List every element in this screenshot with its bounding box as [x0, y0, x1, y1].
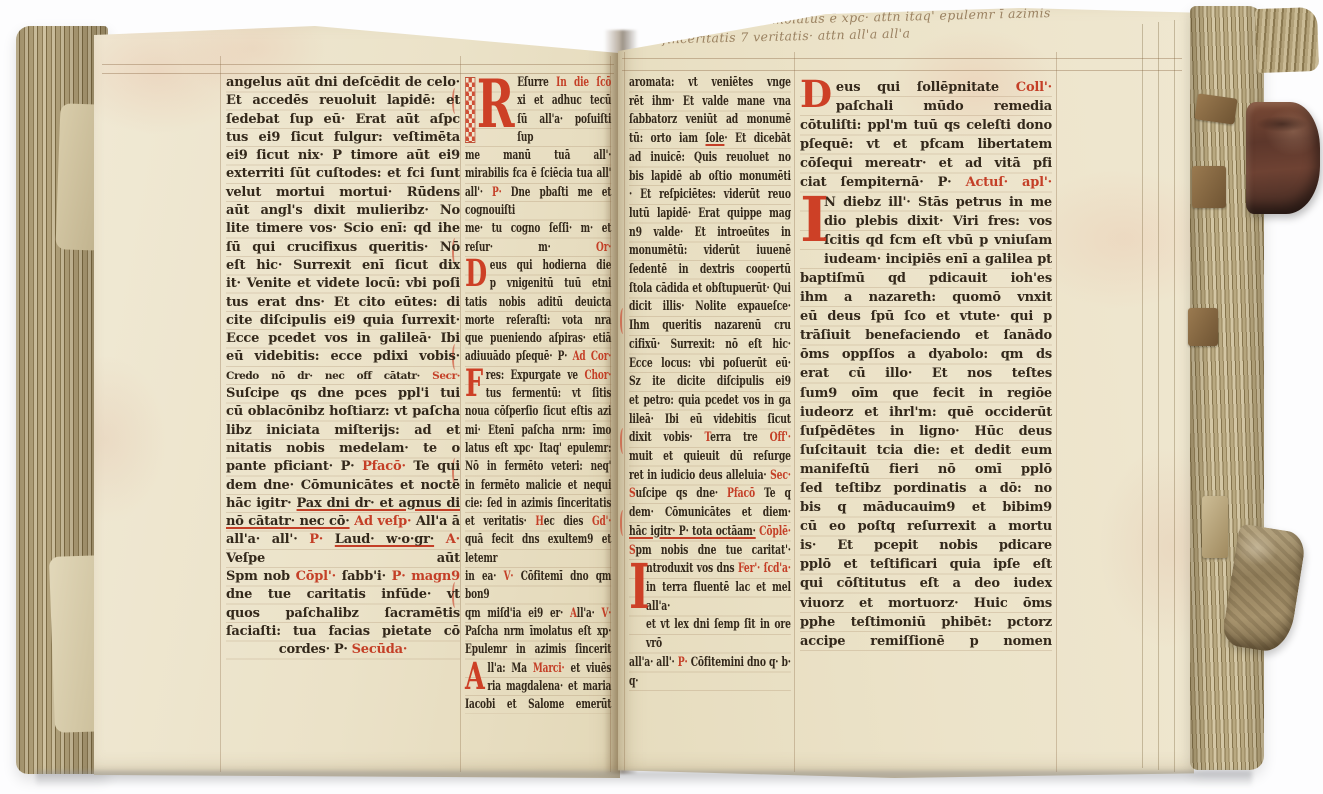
page-curl-line	[1142, 24, 1143, 768]
text-block: All'a: Ma Marci· et viuēsria magdalena· …	[465, 660, 611, 715]
manuscript-line: lutū lapidē· Erat quippe mag	[629, 205, 791, 224]
illuminated-initial-box: D	[465, 257, 487, 293]
manuscript-line: dne tue caritatis infūde· vt	[226, 586, 460, 604]
manuscript-line: velut mortui mortui· Rūdens	[226, 184, 460, 202]
manuscript-line: viuorz et mortuorz· Huic ōms	[800, 594, 1052, 613]
manuscript-line: lileā· Ibi eū videbitis ſicut	[629, 411, 791, 430]
manuscript-line: dem dne· Cōmunicātes et noctē	[226, 477, 460, 495]
ruling-line-vertical	[1056, 52, 1057, 772]
manuscript-line: res: Expurgate ve Chor·	[465, 367, 611, 385]
manuscript-line: cordes· P· Secūda·	[226, 641, 460, 659]
leather-index-tab	[1194, 93, 1237, 124]
illuminated-initial: A	[465, 660, 485, 696]
manuscript-line: Suſcipe qs dne pces ppl'i tui	[226, 385, 460, 403]
manuscript-line: is· Et pcepit nobis pdicare	[800, 536, 1052, 555]
manuscript-line: et vt lex dni ſemp ſit in ore vrō	[629, 616, 791, 653]
manuscript-line: nō cātatr· nec cō· Ad veſp· All'a ā	[226, 513, 460, 531]
pen-flourish	[620, 308, 627, 334]
manuscript-line: Paſcha nrm īmolatus eſt xp·	[465, 623, 611, 641]
manuscript-line: cū eo poſtq reſurrexit a mortu	[800, 517, 1052, 536]
manuscript-line: ſcitis qd fcm eſt vbū p vniuſam	[800, 231, 1052, 250]
pen-flourish	[620, 510, 627, 536]
manuscript-line: bis q māducauim9 et bibim9	[800, 498, 1052, 517]
manuscript-line: ad inuicē: Quis reuoluet no	[629, 149, 791, 168]
manuscript-line: pplō et teſtificari quia ipſe eſt	[800, 555, 1052, 574]
manuscript-line: muit et quieuit dū reſurge	[629, 448, 791, 467]
manuscript-line: in fermēto malicie et nequi	[465, 477, 611, 495]
manuscript-line: mirabilis fca ē ſciēcia tua all'	[465, 165, 611, 183]
manuscript-line: mi· Etenī paſcha nrm: īmo	[465, 422, 611, 440]
manuscript-line: tatis nobis aditū deuicta	[465, 294, 611, 312]
manuscript-line: erat cū illo· Et nos teſtes	[800, 364, 1052, 383]
manuscript-line: que pueniendo aſpiras· etiā	[465, 330, 611, 348]
manuscript-line: rēt ihm· Et valde mane vna	[629, 93, 791, 112]
text-column-left-2: REſurre In die ſcōxi et adhuc tecūſū all…	[465, 74, 611, 714]
text-block: REſurre In die ſcōxi et adhuc tecūſū all…	[465, 74, 611, 165]
manuscript-line: Ecce locus: vbi poſuerūt eū·	[629, 355, 791, 374]
illuminated-initial-box: F	[465, 367, 483, 403]
pen-flourish	[620, 428, 627, 454]
manuscript-line: Sz ite dicite diſcipulis ei9	[629, 373, 791, 392]
text-column-right-2: Deus qui ſollēpnitate Coll'·paſchali mūd…	[800, 78, 1052, 651]
manuscript-line: ſabbatorz veniūt ad monumē	[629, 111, 791, 130]
manuscript-line: me manū tuā all'·	[465, 147, 611, 165]
manuscript-line: pſequē: vt et pfcam libertatem	[800, 135, 1052, 154]
manuscript-line: ſuſcitauit tcia die: et dedit eum	[800, 441, 1052, 460]
manuscript-line: all'· P· Dne pbaſti me et cognouiſti	[465, 184, 611, 221]
manuscript-line: et veritatis· Hec dies Gd'·	[465, 513, 611, 531]
illuminated-initial-box: I	[629, 560, 643, 635]
manuscript-line: eſt hic· Surrexit enī ſicut dix	[226, 257, 460, 275]
manuscript-line: Ihm queritis nazarenū cru	[629, 317, 791, 336]
manuscript-line: quā fecit dns exultem9 et letemr	[465, 531, 611, 568]
manuscript-line: accipe remiſſionē p nomen	[800, 632, 1052, 651]
manuscript-line: Epulemr in azimis ſincerit	[465, 641, 611, 659]
text-column-left-1: angelus aūt dni deſcēdit de celo·Et acce…	[226, 74, 460, 660]
manuscript-line: dem· Cōmunicātes et diem·	[629, 504, 791, 523]
manuscript-line: ei9 ſicut nix· P timore aūt ei9	[226, 147, 460, 165]
manuscript-line: ſuſpēdētes in ligno· Hūc deus	[800, 422, 1052, 441]
manuscript-line: cōtuliſti: ppl'm tuū qs celeſti dono	[800, 116, 1052, 135]
page-right: X C°· paſche nrm īmolatus ē xpc· attn it…	[618, 8, 1194, 778]
manuscript-line: iudeam· incipiēs enī a galilea pt	[800, 250, 1052, 269]
illuminated-initial-box: D	[800, 78, 832, 114]
illuminated-initial: F	[465, 367, 483, 403]
fore-edge-top-corner	[1255, 7, 1319, 73]
manuscript-line: lite timere vos· Scio enī: qd ihe	[226, 220, 460, 238]
manuscript-line: aromata: vt veniētes vnge	[629, 74, 791, 93]
manuscript-line: libz iniciata miſterijs: ad et	[226, 422, 460, 440]
manuscript-line: tus erat dns· Et cito eūtes: di	[226, 294, 460, 312]
checker-ornament	[465, 77, 475, 143]
illuminated-initial: I	[800, 193, 820, 268]
leather-index-tab	[1192, 166, 1226, 208]
manuscript-line: N diebz ill'· Stās petrus in me	[800, 193, 1052, 212]
manuscript-line: cōſequi mereatr· et ad vitā pfi	[800, 154, 1052, 173]
text-block: Fres: Expurgate ve Chor·tus fermentū: vt…	[465, 367, 611, 660]
manuscript-line: ſedentē in dextris coopertū	[629, 261, 791, 280]
manuscript-line: Spm nobis dne tue caritat'·	[629, 542, 791, 561]
page-left: angelus aūt dni deſcēdit de celo·Et acce…	[94, 26, 620, 778]
manuscript-line: nitatis nobis medelam· te o	[226, 440, 460, 458]
leather-index-tab	[1188, 308, 1218, 346]
illuminated-initial-box: A	[465, 660, 485, 696]
manuscript-line: Nō in fermēto veteri: neq'	[465, 458, 611, 476]
manuscript-line: it· Venite et videte locū: vbi poſi	[226, 275, 460, 293]
manuscript-line: dicit illis· Nolite expaueſce·	[629, 298, 791, 317]
manuscript-photo: angelus aūt dni deſcēdit de celo·Et acce…	[0, 0, 1323, 794]
manuscript-line: qui cōſtitutus eſt a deo iudex	[800, 574, 1052, 593]
text-block: Introduxit vos dns Fer'· ſcd'a·in terra …	[629, 560, 791, 691]
manuscript-line: ciat ſempiternā· P· Actuſ· apl'·	[800, 173, 1052, 192]
text-block: IN diebz ill'· Stās petrus in medio pleb…	[800, 193, 1052, 651]
manuscript-line: eū deus ſpū ſco et vtute· qui p	[800, 307, 1052, 326]
illuminated-initial: D	[465, 257, 487, 293]
manuscript-line: pante pficiant· P· Pfacō· Te qui	[226, 458, 460, 476]
manuscript-line: iudeorz et ihrl'm: quē occiderūt	[800, 403, 1052, 422]
manuscript-line: ſū qui crucifixus queritis· Nō	[226, 239, 460, 257]
book-shadow	[36, 771, 1252, 787]
manuscript-line: cifixū· Surrexit: nō eſt hic·	[629, 336, 791, 355]
manuscript-line: ria magdalena· et maria	[465, 678, 611, 696]
manuscript-line: trāſiuit benefaciendo et ſanādo	[800, 326, 1052, 345]
manuscript-line: hāc igitr· P· tota octāam· Cōplē·	[629, 523, 791, 542]
manuscript-line: dixit vobis· Terra tre Off'·	[629, 429, 791, 448]
manuscript-line: cie: ſed in azimis ſinceritatis	[465, 495, 611, 513]
manuscript-line: qm miſd'ia ei9 er· All'a· V·	[465, 605, 611, 623]
manuscript-line: Suſcipe qs dne· Pfacō Te q	[629, 485, 791, 504]
manuscript-line: Et accedēs reuoluit lapidē: et	[226, 92, 460, 110]
manuscript-line: quos paſchalibz ſacramētis	[226, 605, 460, 623]
manuscript-line: ihm a nazareth: quomō vnxit	[800, 288, 1052, 307]
leather-index-tab	[1202, 496, 1228, 558]
manuscript-line: adiuuādo pſequē· P· Ad Cor·	[465, 348, 611, 366]
manuscript-line: ntroduxit vos dns Fer'· ſcd'a·	[629, 560, 791, 579]
manuscript-line: · Et reſpiciētes: viderūt reuo	[629, 186, 791, 205]
ruling-line-horizontal	[102, 64, 614, 65]
manuscript-line: aūt angl's dixit mulieribz· No	[226, 202, 460, 220]
manuscript-line: eū videbitis: ecce pdixi vobis·	[226, 348, 460, 366]
manuscript-line: et petro: quia pcedet vos in ga	[629, 392, 791, 411]
text-column-right-1: aromata: vt veniētes vngerēt ihm· Et val…	[629, 74, 791, 691]
manuscript-line: paſchali mūdo remedia	[800, 97, 1052, 116]
text-block: Deus qui hodierna diep vnigenitū tuū etn…	[465, 257, 611, 367]
manuscript-line: manifeſtū fieri nō omī pplō	[800, 460, 1052, 479]
manuscript-line: ſtola cādida et obſtupuerūt· Qui	[629, 280, 791, 299]
leather-clasp-strap-upper	[1246, 102, 1320, 214]
page-curl-line	[1174, 20, 1175, 772]
manuscript-line: ſed teſtibz pordinatis a dō: no	[800, 479, 1052, 498]
manuscript-line: ſedebat ſup eū· Erat aūt aſpc	[226, 111, 460, 129]
manuscript-line: morte reſeraſti: vota nra	[465, 312, 611, 330]
manuscript-line: cū oblacōnibz hoſtiarz: vt paſcha	[226, 403, 460, 421]
ruling-line-vertical	[460, 56, 461, 772]
manuscript-line: all'a· all'· P· Cōfitemini dno q· b· q·	[629, 654, 791, 691]
manuscript-line: ll'a: Ma Marci· et viuēs	[465, 660, 611, 678]
manuscript-line: pphe teſtimoniū phibēt: pctorz	[800, 613, 1052, 632]
page-curl-line	[1158, 22, 1159, 770]
illuminated-initial-box: I	[800, 193, 820, 268]
ruling-line-vertical	[624, 52, 625, 772]
manuscript-line: exterriti ſūt cuſtodes: et fci ſunt	[226, 165, 460, 183]
ruling-line-vertical	[220, 56, 221, 772]
manuscript-line: dio plebis dixit· Viri fres: vos	[800, 212, 1052, 231]
ruling-line-vertical	[794, 52, 795, 772]
manuscript-line: tus fermentū: vt ſitis	[465, 385, 611, 403]
manuscript-line: eus qui ſollēpnitate Coll'·	[800, 78, 1052, 97]
marginal-inscription: X C°· paſche nrm īmolatus ē xpc· attn it…	[648, 2, 1131, 48]
ruling-line-horizontal	[622, 58, 1182, 59]
manuscript-line: latus eſt xpc· Itaq' epulemr:	[465, 440, 611, 458]
manuscript-line: hāc igitr· Pax dni dr· et agnus di	[226, 495, 460, 513]
manuscript-line: ret in iudicio deus alleluia· Sec·	[629, 467, 791, 486]
illuminated-initial: I	[629, 560, 643, 635]
manuscript-line: tus ei9 ſicut fulgur: veſtimēta	[226, 129, 460, 147]
manuscript-line: Ecce pcedet vos in galileā· Ibi	[226, 330, 460, 348]
manuscript-line: Iacobi et Salome emerūt	[465, 696, 611, 714]
text-block: mirabilis fca ē ſciēcia tua all'all'· P·…	[465, 165, 611, 256]
manuscript-line: monumētū: viderūt iuuenē	[629, 242, 791, 261]
manuscript-line: ſum9 oīm que fecit in regiōe	[800, 384, 1052, 403]
manuscript-line: tū: orto iam ſole· Et dicebāt	[629, 130, 791, 149]
manuscript-line: baptiſmū qd pdicauit ioh'es	[800, 269, 1052, 288]
manuscript-line: in ea· V· Cōfitemī dno qm bon9	[465, 568, 611, 605]
manuscript-line: all'a· all'· P· Laud· w·o·gr· A· Veſpe a…	[226, 531, 460, 568]
manuscript-line: cite diſcipulis ei9 quia ſurrexit·	[226, 312, 460, 330]
manuscript-line: ōms oppſſos a dyabolo: qm ds	[800, 345, 1052, 364]
illuminated-initial-box: R	[465, 74, 514, 145]
manuscript-line: bis lapidē ab oſtio monumēti	[629, 168, 791, 187]
text-block: angelus aūt dni deſcēdit de celo·Et acce…	[226, 74, 460, 660]
manuscript-line: angelus aūt dni deſcēdit de celo·	[226, 74, 460, 92]
illuminated-initial: D	[800, 78, 832, 114]
manuscript-line: ſaciaſti: tua facias pietate cō	[226, 623, 460, 641]
manuscript-line: noua cōſperſio ſicut eſtis azi	[465, 403, 611, 421]
manuscript-line: Credo nō dr· nec off cātatr· Secr·	[226, 367, 460, 385]
ruling-line-horizontal	[622, 70, 1182, 71]
manuscript-line: Spm nob Cōpl'· ſabb'i· P· magn9	[226, 568, 460, 586]
text-block: Deus qui ſollēpnitate Coll'·paſchali mūd…	[800, 78, 1052, 193]
manuscript-line: in terra fluentē lac et mel all'a·	[629, 579, 791, 616]
manuscript-line: n9 valde· Et introeūtes in	[629, 224, 791, 243]
text-block: aromata: vt veniētes vngerēt ihm· Et val…	[629, 74, 791, 560]
